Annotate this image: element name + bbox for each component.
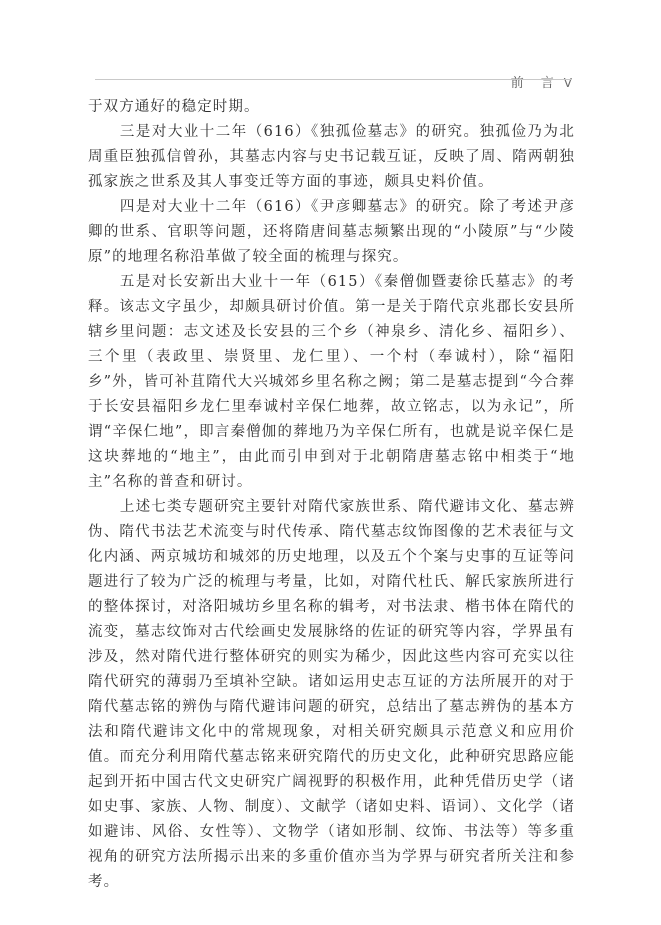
paragraph-topic-three: 三是对大业十二年（616）《独孤俭墓志》的研究。独孤俭乃为北周重臣独孤信曾孙，其… [88, 120, 575, 195]
body-text: 于双方通好的稳定时期。 三是对大业十二年（616）《独孤俭墓志》的研究。独孤俭乃… [88, 95, 575, 895]
paragraph-continuation: 于双方通好的稳定时期。 [88, 95, 575, 120]
paragraph-topic-five: 五是对长安新出大业十一年（615）《秦僧伽暨妻徐氏墓志》的考释。该志文字虽少，却… [88, 270, 575, 495]
header-rule [95, 79, 572, 80]
paragraph-summary: 上述七类专题研究主要针对隋代家族世系、隋代避讳文化、墓志辨伪、隋代书法艺术流变与… [88, 495, 575, 895]
paragraph-topic-four: 四是对大业十二年（616）《尹彦卿墓志》的研究。除了考述尹彦卿的世系、官职等问题… [88, 195, 575, 270]
book-page: 前 言V 于双方通好的稳定时期。 三是对大业十二年（616）《独孤俭墓志》的研究… [0, 0, 661, 925]
